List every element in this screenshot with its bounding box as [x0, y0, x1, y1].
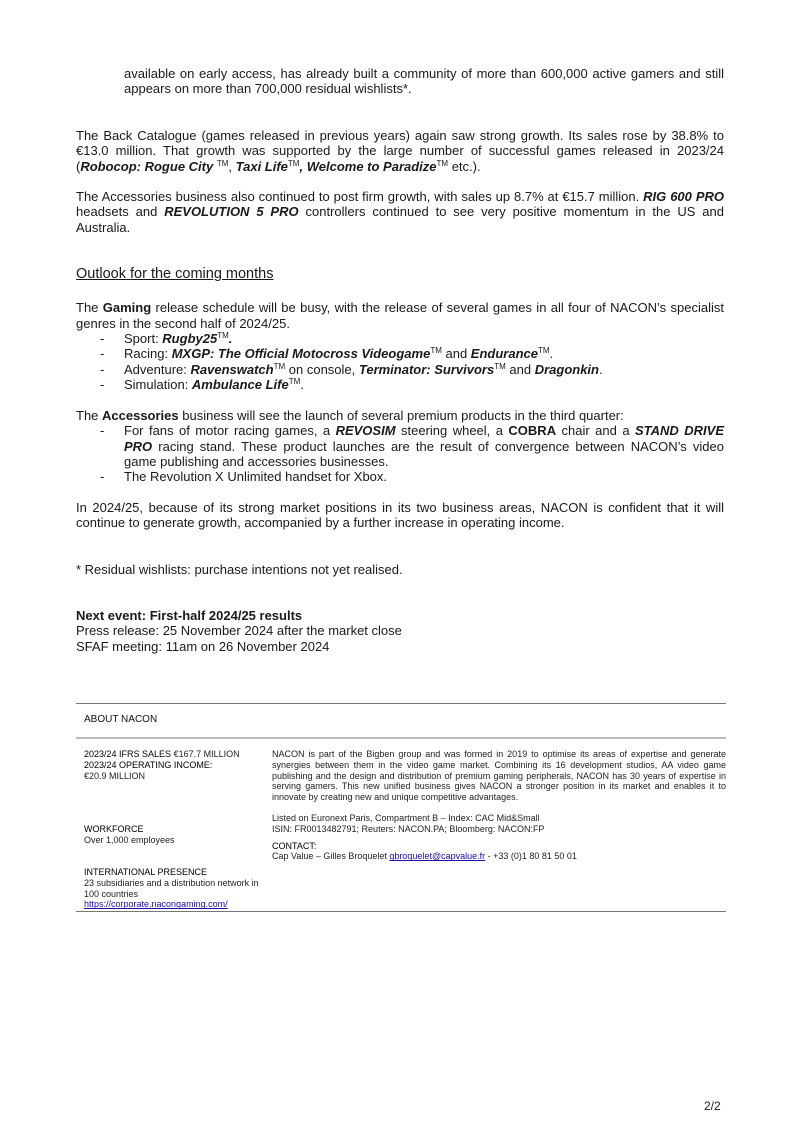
list-item: Sport: Rugby25TM.	[76, 331, 724, 346]
stock-codes: ISIN: FR0013482791; Reuters: NACON.PA; B…	[272, 824, 726, 835]
intro-continuation: available on early access, has already b…	[76, 66, 724, 97]
contact-label: CONTACT:	[272, 841, 726, 852]
list-item: Racing: MXGP: The Official Motocross Vid…	[76, 346, 724, 361]
outlook-conclusion: In 2024/25, because of its strong market…	[76, 500, 724, 531]
about-description: NACON is part of the Bigben group and wa…	[272, 749, 726, 803]
document-body: available on early access, has already b…	[76, 66, 724, 654]
corporate-website-link[interactable]: https://corporate.nacongaming.com/	[84, 899, 228, 909]
next-event-sfaf: SFAF meeting: 11am on 26 November 2024	[76, 639, 724, 654]
gaming-release-list: Sport: Rugby25TM. Racing: MXGP: The Offi…	[76, 331, 724, 393]
list-item: Simulation: Ambulance LifeTM.	[76, 377, 724, 392]
next-event-press-release: Press release: 25 November 2024 after th…	[76, 623, 724, 638]
outlook-heading: Outlook for the coming months	[76, 266, 724, 283]
about-description-column: NACON is part of the Bigben group and wa…	[272, 749, 726, 910]
about-heading: ABOUT NACON	[76, 704, 726, 737]
product-name: REVOLUTION 5 PRO	[164, 204, 298, 219]
game-title: Welcome to Paradize	[307, 159, 437, 174]
workforce-label: WORKFORCE	[84, 824, 272, 835]
list-item: The Revolution X Unlimited handset for X…	[76, 469, 724, 484]
back-catalogue-paragraph: The Back Catalogue (games released in pr…	[76, 128, 724, 174]
game-title: Robocop: Rogue City	[80, 159, 213, 174]
about-nacon-box: ABOUT NACON 2023/24 IFRS SALES €167.7 MI…	[76, 703, 726, 912]
contact-line: Cap Value – Gilles Broquelet gbroquelet@…	[272, 851, 726, 862]
about-key-figures: 2023/24 IFRS SALES €167.7 MILLION 2023/2…	[76, 749, 272, 910]
list-item: For fans of motor racing games, a REVOSI…	[76, 423, 724, 469]
list-item: Adventure: RavenswatchTM on console, Ter…	[76, 362, 724, 377]
page-number: 2/2	[704, 1099, 721, 1113]
next-event-title: Next event: First-half 2024/25 results	[76, 608, 724, 623]
presence-value: 23 subsidiaries and a distribution netwo…	[84, 878, 272, 900]
accessories-launch-list: For fans of motor racing games, a REVOSI…	[76, 423, 724, 485]
divider	[76, 911, 726, 912]
gaming-outlook-paragraph: The Gaming release schedule will be busy…	[76, 300, 724, 331]
game-title: Taxi Life	[236, 159, 288, 174]
workforce-value: Over 1,000 employees	[84, 835, 272, 846]
footnote: * Residual wishlists: purchase intention…	[76, 562, 724, 577]
presence-label: INTERNATIONAL PRESENCE	[84, 867, 272, 878]
accessories-outlook-paragraph: The Accessories business will see the la…	[76, 408, 724, 423]
contact-email-link[interactable]: gbroquelet@capvalue.fr	[389, 851, 485, 861]
product-name: RIG 600 PRO	[643, 189, 724, 204]
listing-info: Listed on Euronext Paris, Compartment B …	[272, 813, 726, 824]
accessories-results-paragraph: The Accessories business also continued …	[76, 189, 724, 235]
